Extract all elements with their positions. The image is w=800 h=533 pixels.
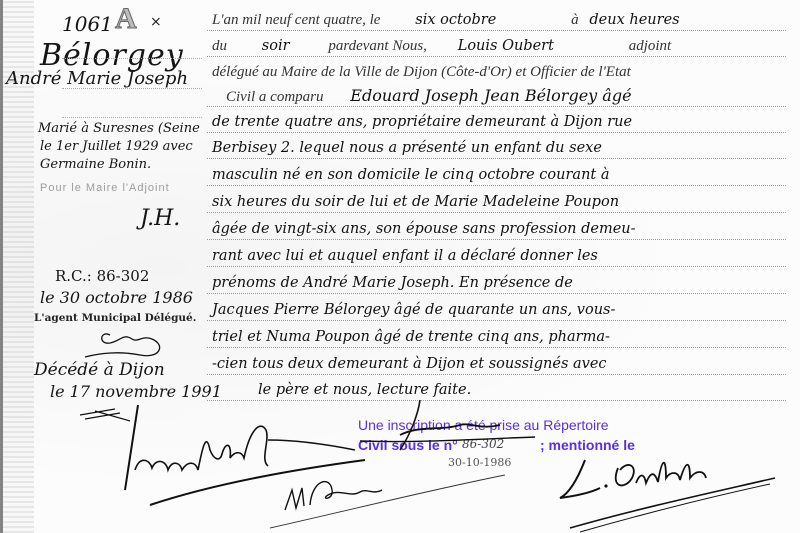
initials-signature-1: J.H. (140, 206, 180, 231)
body-row-2: du soir pardevant Nous, Louis Oubert adj… (212, 36, 786, 55)
corner-mark-icon: × (150, 14, 162, 30)
handwritten-text: -cien tous deux demeurant à Dijon et sou… (212, 356, 607, 372)
body-row-4: Civil a comparu Edouard Joseph Jean Bélo… (212, 86, 786, 106)
ruling-line (207, 158, 786, 159)
printed-text: pardevant Nous, (328, 38, 427, 54)
ruling-line (207, 56, 786, 57)
body-row-6: Berbisey 2. lequel nous a présenté un en… (212, 138, 786, 156)
signature-father-text: Edouard Bélorgey (149, 468, 160, 471)
ruling-line (207, 374, 786, 375)
signature-officer (540, 448, 780, 533)
handwritten-time-of-day: soir (262, 38, 290, 54)
printed-text: adjoint (629, 38, 672, 54)
ruling-line (207, 212, 786, 213)
ruling-line (207, 266, 786, 267)
handwritten-text: masculin né en son domicile le cinq octo… (212, 167, 610, 183)
given-names-dotted-line (62, 88, 202, 89)
printed-text: délégué au Maire de la Ville de Dijon (C… (212, 64, 631, 80)
death-note-line1: Décédé à Dijon (34, 360, 165, 380)
printed-text: L'an mil neuf cent quatre, le (212, 12, 380, 28)
marriage-note-line1: Marié à Suresnes (Seine (38, 121, 200, 136)
ruling-line (207, 106, 786, 107)
rc-note-line1: R.C.: 86-302 (55, 267, 149, 285)
margin-dotted-line (62, 117, 202, 118)
printed-text: à (571, 12, 579, 28)
rc-note-line2: le 30 octobre 1986 (40, 288, 193, 307)
handwritten-time: deux heures (589, 12, 679, 28)
handwritten-date: six octobre (415, 12, 496, 28)
surname-dotted-line (62, 58, 202, 59)
body-row-13: triel et Numa Poupon âgé de trente cinq … (212, 327, 786, 345)
body-row-3: délégué au Maire de la Ville de Dijon (C… (212, 62, 786, 81)
body-row-9: âgée de vingt-six ans, son épouse sans p… (212, 219, 786, 237)
handwritten-text: âgée de vingt-six ans, son épouse sans p… (212, 221, 636, 237)
handwritten-text: rant avec lui et auquel enfant il a décl… (212, 248, 598, 264)
ruling-line (207, 347, 786, 348)
handwritten-text: Berbisey 2. lequel nous a présenté un en… (212, 140, 602, 156)
handwritten-text: six heures du soir de lui et de Marie Ma… (212, 194, 619, 210)
body-row-14: -cien tous deux demeurant à Dijon et sou… (212, 354, 786, 372)
ruling-line (207, 320, 786, 321)
signature-witness-1 (360, 395, 540, 465)
printed-text: du (212, 38, 227, 54)
margin-given-names: André Marie Joseph (6, 68, 188, 89)
death-note-line2: le 17 novembre 1991 (50, 382, 222, 401)
initials-signature-2 (80, 325, 170, 365)
body-row-12: Jacques Pierre Bélorgey âgé de quarante … (212, 300, 786, 318)
ruling-line (207, 30, 786, 31)
body-row-1: L'an mil neuf cent quatre, le six octobr… (212, 10, 786, 29)
handwritten-officer-name: Louis Oubert (458, 38, 554, 54)
ruling-line (207, 293, 786, 294)
handwritten-text: triel et Numa Poupon âgé de trente cinq … (212, 329, 610, 345)
signature-witness-2 (270, 470, 510, 530)
handwritten-text: Jacques Pierre Bélorgey âgé de quarante … (212, 302, 615, 318)
body-row-5: de trente quatre ans, propriétaire demeu… (212, 112, 786, 130)
body-row-7: masculin né en son domicile le cinq octo… (212, 165, 786, 183)
printed-text: Civil a comparu (226, 89, 324, 105)
faded-printed-text: Pour le Maire l'Adjoint (40, 182, 170, 194)
ruling-line (207, 132, 786, 133)
record-number: 1061 (62, 12, 113, 36)
marriage-note-line3: Germaine Bonin. (40, 157, 151, 172)
handwritten-text: de trente quatre ans, propriétaire demeu… (212, 114, 632, 130)
body-row-10: rant avec lui et auquel enfant il a décl… (212, 246, 786, 264)
body-row-8: six heures du soir de lui et de Marie Ma… (212, 192, 786, 210)
marriage-note-line2: le 1er Juillet 1929 avec (40, 139, 193, 154)
handwritten-declarant: Edouard Joseph Jean Bélorgey âgé (350, 86, 631, 105)
document-page: 1061 A × Bélorgey André Marie Joseph Mar… (0, 0, 800, 533)
corner-letter-stamp: A (115, 4, 143, 34)
handwritten-text: prénoms de André Marie Joseph. En présen… (212, 275, 573, 291)
ruling-line (207, 239, 786, 240)
body-row-11: prénoms de André Marie Joseph. En présen… (212, 273, 786, 291)
ruling-line (207, 185, 786, 186)
rc-printed-label: L'agent Municipal Délégué. (34, 312, 196, 324)
